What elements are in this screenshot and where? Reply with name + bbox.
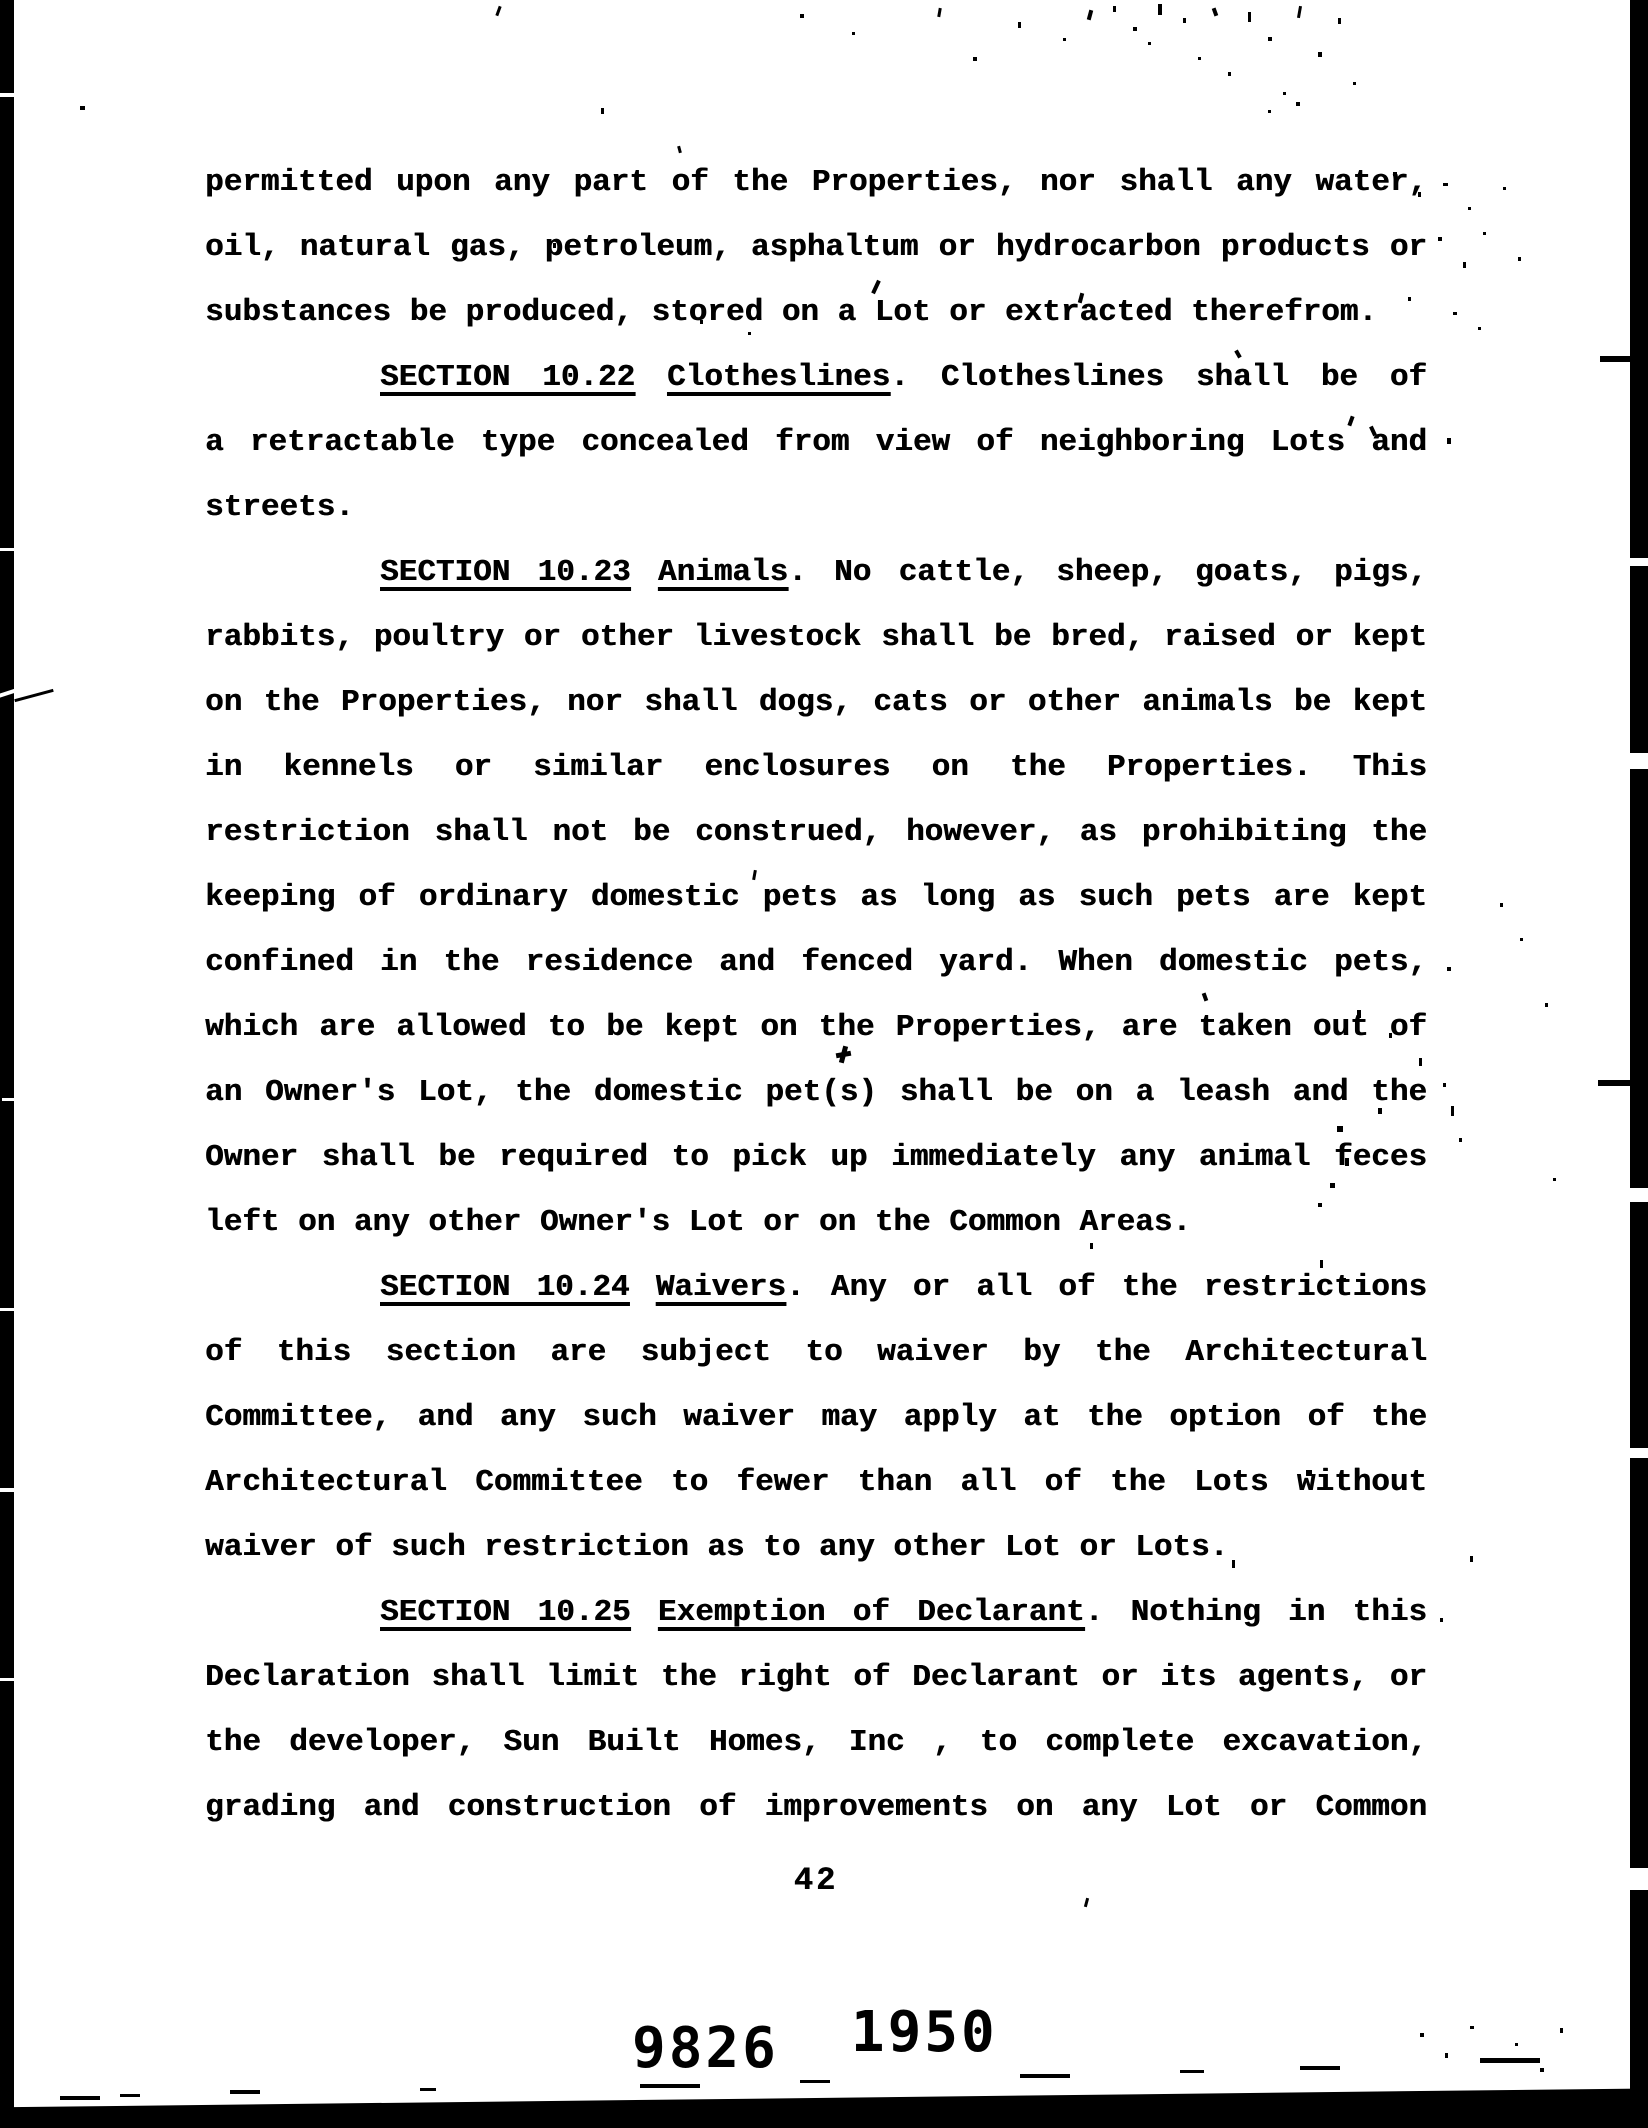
scan-speck bbox=[1470, 1556, 1473, 1562]
scan-speck bbox=[0, 1678, 14, 1681]
scan-speck bbox=[553, 243, 556, 248]
scan-speck bbox=[1630, 753, 1648, 769]
scan-speck bbox=[1443, 183, 1448, 186]
scanned-document-page: permitted upon any part of the Propertie… bbox=[0, 0, 1648, 2128]
scan-speck bbox=[1630, 1448, 1648, 1458]
text-line-17: left on any other Owner's Lot or on the … bbox=[205, 1190, 1427, 1255]
scan-speck bbox=[495, 6, 501, 16]
scan-speck bbox=[1438, 237, 1442, 241]
scan-speck bbox=[1630, 1188, 1648, 1202]
scan-speck bbox=[1560, 2028, 1563, 2033]
scan-speck bbox=[1338, 18, 1341, 24]
text-line-12: keeping of ordinary domestic pets as lon… bbox=[205, 865, 1427, 930]
scan-speck bbox=[1133, 27, 1137, 31]
scan-speck bbox=[1320, 1260, 1323, 1268]
scan-speck bbox=[1630, 1868, 1648, 1890]
scan-speck bbox=[1378, 1108, 1382, 1114]
scan-speck bbox=[420, 2088, 436, 2091]
document-body-text: permitted upon any part of the Propertie… bbox=[205, 150, 1427, 1840]
scan-speck bbox=[748, 332, 751, 335]
text-line-23: SECTION 10.25 Exemption of Declarant. No… bbox=[205, 1580, 1427, 1645]
scan-speck bbox=[1087, 10, 1093, 21]
stamp-number-right: 1950 bbox=[851, 2000, 998, 2065]
text-line-2: oil, natural gas, petroleum, asphaltum o… bbox=[205, 215, 1427, 280]
scan-speck bbox=[1090, 1243, 1093, 1249]
scan-speck bbox=[1306, 1470, 1312, 1476]
scan-speck bbox=[0, 93, 14, 97]
scan-speck bbox=[1228, 72, 1231, 76]
scan-speck bbox=[1600, 356, 1632, 362]
scan-speck bbox=[1357, 1010, 1361, 1018]
scan-speck bbox=[1113, 6, 1116, 12]
scan-speck bbox=[1389, 1033, 1392, 1038]
text-line-14: which are allowed to be kept on the Prop… bbox=[205, 995, 1427, 1060]
scan-speck bbox=[1342, 1278, 1346, 1282]
scan-speck bbox=[852, 32, 855, 35]
scan-speck bbox=[0, 1488, 14, 1492]
text-line-25: the developer, Sun Built Homes, Inc , to… bbox=[205, 1710, 1427, 1775]
scan-speck bbox=[1248, 12, 1251, 22]
scan-speck bbox=[1483, 232, 1486, 235]
scan-speck bbox=[1553, 1178, 1556, 1181]
scan-speck bbox=[230, 2090, 260, 2094]
text-line-1: permitted upon any part of the Propertie… bbox=[205, 150, 1427, 215]
scan-speck bbox=[1318, 1203, 1322, 1207]
scan-speck bbox=[1518, 257, 1521, 261]
scan-speck bbox=[1453, 312, 1457, 315]
scan-speck bbox=[1447, 438, 1451, 444]
text-line-21: Architectural Committee to fewer than al… bbox=[205, 1450, 1427, 1515]
scan-speck bbox=[1198, 57, 1201, 60]
scan-speck bbox=[1158, 4, 1162, 15]
scan-speck bbox=[1420, 2033, 1424, 2037]
scan-speck bbox=[973, 57, 977, 61]
scan-speck bbox=[1478, 327, 1481, 330]
scan-speck bbox=[1268, 110, 1271, 113]
scan-speck bbox=[1183, 18, 1186, 23]
text-line-4: SECTION 10.22 Clotheslines. Clotheslines… bbox=[205, 345, 1427, 410]
scan-edge-bar-right bbox=[1630, 0, 1648, 2128]
scan-speck bbox=[80, 106, 85, 110]
scan-speck bbox=[1468, 207, 1471, 210]
scan-speck bbox=[1451, 1106, 1454, 1116]
scan-speck bbox=[1500, 903, 1503, 907]
scan-speck bbox=[640, 2084, 700, 2088]
text-line-22: waiver of such restriction as to any oth… bbox=[205, 1515, 1427, 1580]
scan-speck bbox=[1418, 192, 1421, 197]
scan-speck bbox=[1212, 8, 1218, 17]
scan-speck bbox=[937, 8, 942, 17]
scan-speck bbox=[700, 320, 703, 324]
text-line-3: substances be produced, stored on a Lot … bbox=[205, 280, 1427, 345]
scan-speck bbox=[1445, 2053, 1448, 2058]
scan-speck bbox=[1297, 6, 1302, 18]
stamp-number-left: 9826 bbox=[632, 2016, 779, 2081]
scan-speck bbox=[1443, 1083, 1446, 1087]
scan-speck bbox=[1180, 2070, 1204, 2073]
scan-speck bbox=[800, 14, 804, 18]
scan-edge-bar-left bbox=[0, 0, 14, 2128]
scan-speck bbox=[1440, 1618, 1443, 1622]
scan-speck bbox=[1598, 1080, 1634, 1086]
scan-speck bbox=[120, 2094, 140, 2097]
scan-speck bbox=[1296, 102, 1300, 106]
scan-speck bbox=[1330, 1183, 1335, 1188]
text-line-18: SECTION 10.24 Waivers. Any or all of the… bbox=[205, 1255, 1427, 1320]
scan-speck bbox=[800, 2080, 830, 2083]
scan-speck bbox=[1353, 82, 1356, 85]
scan-speck bbox=[1020, 2074, 1070, 2078]
scan-speck bbox=[1084, 1898, 1089, 1907]
scan-speck bbox=[601, 108, 604, 114]
scan-speck bbox=[0, 548, 14, 551]
scan-speck bbox=[1447, 967, 1451, 971]
scan-speck bbox=[677, 146, 682, 154]
scan-speck bbox=[1520, 938, 1523, 941]
scan-speck bbox=[1393, 172, 1397, 176]
scan-speck bbox=[1463, 262, 1466, 268]
scan-speck bbox=[1063, 38, 1066, 41]
scan-speck bbox=[60, 2096, 100, 2100]
scan-speck bbox=[1148, 42, 1151, 45]
scan-speck bbox=[1540, 2068, 1544, 2072]
scan-speck bbox=[1337, 1126, 1343, 1132]
scan-speck bbox=[1503, 187, 1506, 190]
text-line-24: Declaration shall limit the right of Dec… bbox=[205, 1645, 1427, 1710]
text-line-13: confined in the residence and fenced yar… bbox=[205, 930, 1427, 995]
scan-speck bbox=[1515, 2043, 1518, 2046]
scan-speck bbox=[1470, 2026, 1474, 2029]
text-line-26: grading and construction of improvements… bbox=[205, 1775, 1427, 1840]
scan-speck bbox=[1630, 558, 1648, 566]
scan-speck bbox=[1408, 297, 1411, 301]
scan-speck bbox=[1268, 37, 1272, 41]
text-line-8: rabbits, poultry or other livestock shal… bbox=[205, 605, 1427, 670]
recording-stamp: 98261950 bbox=[632, 2016, 998, 2081]
scan-speck bbox=[1318, 52, 1322, 57]
page-number: 42 bbox=[205, 1862, 1427, 1899]
text-line-15: an Owner's Lot, the domestic pet(s) shal… bbox=[205, 1060, 1427, 1125]
text-line-9: on the Properties, nor shall dogs, cats … bbox=[205, 670, 1427, 735]
scan-speck bbox=[1459, 1138, 1462, 1142]
scan-speck bbox=[1232, 1560, 1235, 1568]
text-line-6: streets. bbox=[205, 475, 1427, 540]
scan-edge-bar-bottom bbox=[0, 2082, 1648, 2128]
text-line-5: a retractable type concealed from view o… bbox=[205, 410, 1427, 475]
scan-speck bbox=[1345, 1158, 1349, 1166]
scan-speck bbox=[1300, 2066, 1340, 2070]
scan-speck bbox=[2, 1098, 14, 1101]
scan-speck bbox=[1545, 1003, 1548, 1007]
scan-speck bbox=[1018, 22, 1021, 28]
text-line-10: in kennels or similar enclosures on the … bbox=[205, 735, 1427, 800]
text-line-7: SECTION 10.23 Animals. No cattle, sheep,… bbox=[205, 540, 1427, 605]
scan-speck bbox=[1419, 1058, 1422, 1066]
scan-speck bbox=[1480, 2058, 1540, 2063]
scan-speck bbox=[1283, 92, 1286, 95]
text-line-19: of this section are subject to waiver by… bbox=[205, 1320, 1427, 1385]
text-line-20: Committee, and any such waiver may apply… bbox=[205, 1385, 1427, 1450]
text-line-11: restriction shall not be construed, howe… bbox=[205, 800, 1427, 865]
text-line-16: Owner shall be required to pick up immed… bbox=[205, 1125, 1427, 1190]
scan-speck bbox=[0, 1308, 14, 1311]
